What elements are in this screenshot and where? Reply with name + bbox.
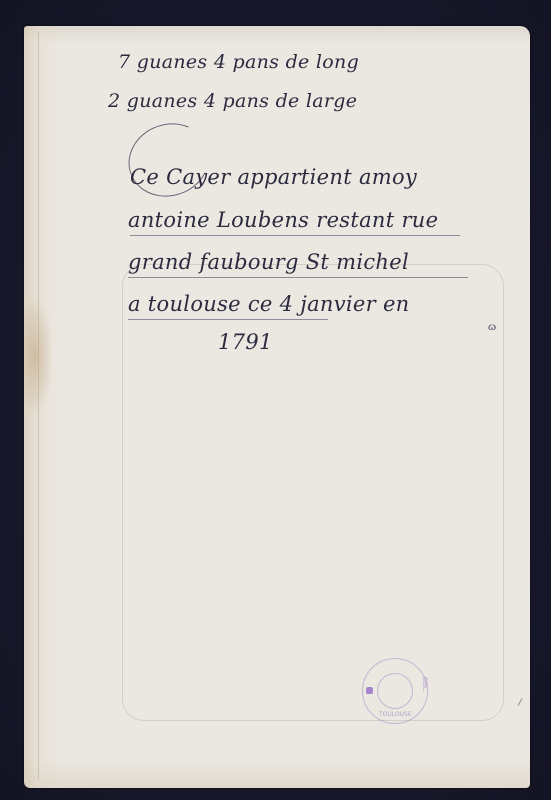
inscription-line-1: Ce Cayer appartient amoy xyxy=(130,165,417,189)
underline xyxy=(130,235,460,236)
embossed-frame xyxy=(122,264,504,721)
stamp-text-bottom: TOULOUSE xyxy=(379,711,412,718)
stamp-ink-mark xyxy=(366,687,373,694)
stamp-text-right: BIBL. xyxy=(421,677,428,692)
header-note-line-1: 7 guanes 4 pans de long xyxy=(118,51,359,73)
inscription-line-4: a toulouse ce 4 janvier en xyxy=(128,292,410,316)
underline xyxy=(128,319,328,320)
inscription-line-2: antoine Loubens restant rue xyxy=(128,208,438,232)
manuscript-page xyxy=(24,26,530,788)
binding-fold xyxy=(38,32,39,780)
inscription-year: 1791 xyxy=(218,330,273,354)
margin-mark: ɷ xyxy=(488,322,496,333)
stamp-inner-ring xyxy=(377,673,413,709)
underline xyxy=(128,277,468,278)
inscription-line-3: grand faubourg St michel xyxy=(128,250,409,274)
header-note-line-2: 2 guanes 4 pans de large xyxy=(108,90,357,112)
library-stamp: BIBL. TOULOUSE xyxy=(362,658,428,724)
corner-tear xyxy=(518,698,530,709)
